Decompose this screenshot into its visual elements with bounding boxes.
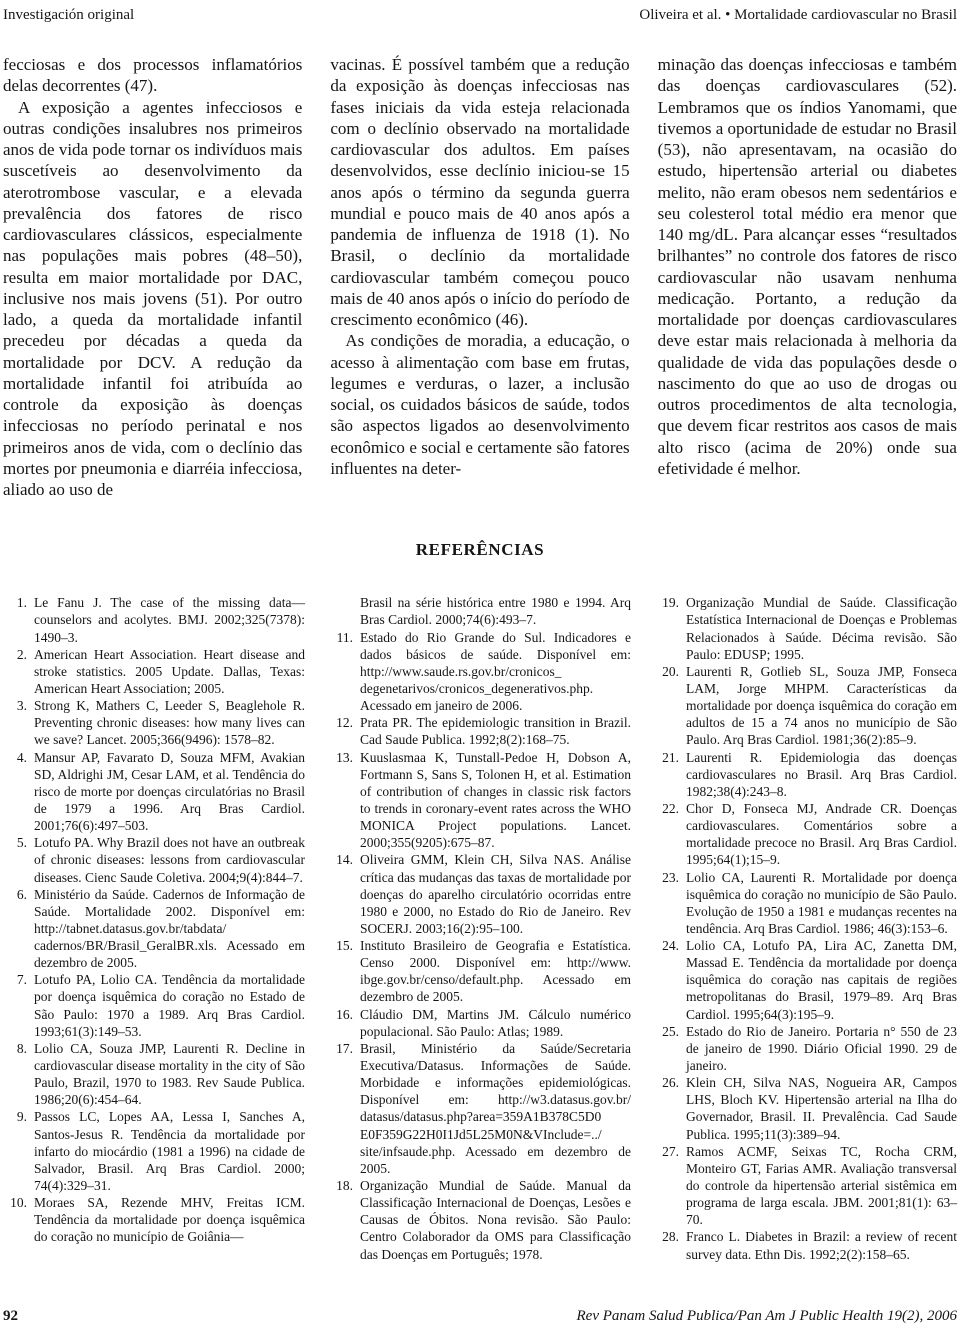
references-heading: REFERÊNCIAS [3,540,957,560]
reference-text: Lolio CA, Souza JMP, Laurenti R. Decline… [34,1040,305,1109]
reference-number: 19. [655,594,679,663]
reference-item: 12. Prata PR. The epidemiologic transiti… [329,714,631,748]
reference-number: 27. [655,1143,679,1229]
reference-number: 22. [655,800,679,869]
reference-item: 18. Organização Mundial de Saúde. Manual… [329,1177,631,1263]
reference-item: 5. Lotufo PA. Why Brazil does not have a… [3,834,305,885]
reference-number: 7. [3,971,27,1040]
journal-citation: Rev Panam Salud Publica/Pan Am J Public … [577,1308,957,1325]
reference-item: 20. Laurenti R, Gotlieb SL, Souza JMP, F… [655,663,957,749]
page-header: Investigación original Oliveira et al. •… [3,6,957,24]
reference-number: 24. [655,937,679,1023]
body-column-3: minação das doenças infecciosas e também… [658,54,957,500]
reference-number: 13. [329,749,353,852]
reference-text: Passos LC, Lopes AA, Lessa I, Sanches A,… [34,1108,305,1194]
reference-item: 23. Lolio CA, Laurenti R. Mortalidade po… [655,869,957,938]
reference-item: 8. Lolio CA, Souza JMP, Laurenti R. Decl… [3,1040,305,1109]
body-paragraph: vacinas. É possível também que a redução… [330,54,629,330]
reference-text: Brasil, Ministério da Saúde/Secretaria E… [360,1040,631,1177]
reference-number: 17. [329,1040,353,1177]
reference-number: 18. [329,1177,353,1263]
reference-text: Ministério da Saúde. Cadernos de Informa… [34,886,305,972]
references-column-2: Brasil na série histórica entre 1980 e 1… [329,594,631,1262]
reference-item: 28. Franco L. Diabetes in Brazil: a revi… [655,1228,957,1262]
reference-number: 8. [3,1040,27,1109]
body-column-2: vacinas. É possível também que a redução… [330,54,629,500]
reference-text: Le Fanu J. The case of the missing data—… [34,594,305,645]
reference-number: 16. [329,1006,353,1040]
reference-item: 22. Chor D, Fonseca MJ, Andrade CR. Doen… [655,800,957,869]
reference-number: 12. [329,714,353,748]
body-paragraph: minação das doenças infecciosas e também… [658,54,957,479]
references-section: 1. Le Fanu J. The case of the missing da… [3,594,957,1262]
reference-text: Franco L. Diabetes in Brazil: a review o… [686,1228,957,1262]
reference-text: Cláudio DM, Martins JM. Cálculo numérico… [360,1006,631,1040]
page-footer: 92 Rev Panam Salud Publica/Pan Am J Publ… [3,1308,957,1325]
body-paragraph: As condições de moradia, a educação, o a… [330,330,629,479]
reference-number: 11. [329,629,353,715]
reference-item: 13. Kuuslasmaa K, Tunstall-Pedoe H, Dobs… [329,749,631,852]
header-section-label: Investigación original [3,6,134,24]
reference-text: Lotufo PA. Why Brazil does not have an o… [34,834,305,885]
reference-number: 5. [3,834,27,885]
reference-text: Lolio CA, Laurenti R. Mortalidade por do… [686,869,957,938]
reference-text: Laurenti R. Epidemiologia das doenças ca… [686,749,957,800]
reference-item: 4. Mansur AP, Favarato D, Souza MFM, Ava… [3,749,305,835]
body-paragraph: A exposição a agentes infecciosos e outr… [3,97,302,501]
reference-item: 2. American Heart Association. Heart dis… [3,646,305,697]
reference-text: Estado do Rio de Janeiro. Portaria n° 55… [686,1023,957,1074]
reference-item: 27. Ramos ACMF, Seixas TC, Rocha CRM, Mo… [655,1143,957,1229]
reference-text: Organização Mundial de Saúde. Classifica… [686,594,957,663]
reference-continuation: Brasil na série histórica entre 1980 e 1… [329,594,631,628]
page-number: 92 [3,1308,18,1325]
reference-item: 15. Instituto Brasileiro de Geografia e … [329,937,631,1006]
reference-text: American Heart Association. Heart diseas… [34,646,305,697]
reference-item: 10. Moraes SA, Rezende MHV, Freitas ICM.… [3,1194,305,1245]
reference-item: 3. Strong K, Mathers C, Leeder S, Beagle… [3,697,305,748]
reference-item: 6. Ministério da Saúde. Cadernos de Info… [3,886,305,972]
reference-item: 7. Lotufo PA, Lolio CA. Tendência da mor… [3,971,305,1040]
reference-item: 21. Laurenti R. Epidemiologia das doença… [655,749,957,800]
reference-text: Estado do Rio Grande do Sul. Indicadores… [360,629,631,715]
reference-number: 20. [655,663,679,749]
article-body: fecciosas e dos processos inflamatórios … [3,54,957,500]
reference-text: Strong K, Mathers C, Leeder S, Beaglehol… [34,697,305,748]
reference-number: 3. [3,697,27,748]
reference-text: Kuuslasmaa K, Tunstall-Pedoe H, Dobson A… [360,749,631,852]
reference-number: 25. [655,1023,679,1074]
reference-text: Prata PR. The epidemiologic transition i… [360,714,631,748]
reference-item: 26. Klein CH, Silva NAS, Nogueira AR, Ca… [655,1074,957,1143]
reference-number: 9. [3,1108,27,1194]
reference-text: Laurenti R, Gotlieb SL, Souza JMP, Fonse… [686,663,957,749]
reference-item: 17. Brasil, Ministério da Saúde/Secretar… [329,1040,631,1177]
paper-page: Investigación original Oliveira et al. •… [0,0,960,1335]
reference-text: Oliveira GMM, Klein CH, Silva NAS. Análi… [360,851,631,937]
reference-number: 2. [3,646,27,697]
references-column-3: 19. Organização Mundial de Saúde. Classi… [655,594,957,1262]
reference-text: Ramos ACMF, Seixas TC, Rocha CRM, Montei… [686,1143,957,1229]
reference-item: 14. Oliveira GMM, Klein CH, Silva NAS. A… [329,851,631,937]
reference-number: 23. [655,869,679,938]
reference-item: 25. Estado do Rio de Janeiro. Portaria n… [655,1023,957,1074]
reference-number: 28. [655,1228,679,1262]
reference-number: 21. [655,749,679,800]
reference-item: 19. Organização Mundial de Saúde. Classi… [655,594,957,663]
reference-text: Organização Mundial de Saúde. Manual da … [360,1177,631,1263]
reference-item: 9. Passos LC, Lopes AA, Lessa I, Sanches… [3,1108,305,1194]
reference-number: 10. [3,1194,27,1245]
reference-number: 14. [329,851,353,937]
reference-number: 15. [329,937,353,1006]
reference-number: 26. [655,1074,679,1143]
reference-text: Instituto Brasileiro de Geografia e Esta… [360,937,631,1006]
reference-text: Mansur AP, Favarato D, Souza MFM, Avakia… [34,749,305,835]
body-paragraph: fecciosas e dos processos inflamatórios … [3,54,302,97]
reference-number: 1. [3,594,27,645]
reference-number: 6. [3,886,27,972]
header-running-title: Oliveira et al. • Mortalidade cardiovasc… [639,6,957,24]
body-column-1: fecciosas e dos processos inflamatórios … [3,54,302,500]
reference-text: Chor D, Fonseca MJ, Andrade CR. Doenças … [686,800,957,869]
reference-text: Lotufo PA, Lolio CA. Tendência da mortal… [34,971,305,1040]
reference-item: 16. Cláudio DM, Martins JM. Cálculo numé… [329,1006,631,1040]
reference-text: Moraes SA, Rezende MHV, Freitas ICM. Ten… [34,1194,305,1245]
reference-item: 24. Lolio CA, Lotufo PA, Lira AC, Zanett… [655,937,957,1023]
reference-text: Klein CH, Silva NAS, Nogueira AR, Campos… [686,1074,957,1143]
reference-item: 1. Le Fanu J. The case of the missing da… [3,594,305,645]
references-column-1: 1. Le Fanu J. The case of the missing da… [3,594,305,1262]
reference-text: Lolio CA, Lotufo PA, Lira AC, Zanetta DM… [686,937,957,1023]
reference-number: 4. [3,749,27,835]
reference-item: 11. Estado do Rio Grande do Sul. Indicad… [329,629,631,715]
